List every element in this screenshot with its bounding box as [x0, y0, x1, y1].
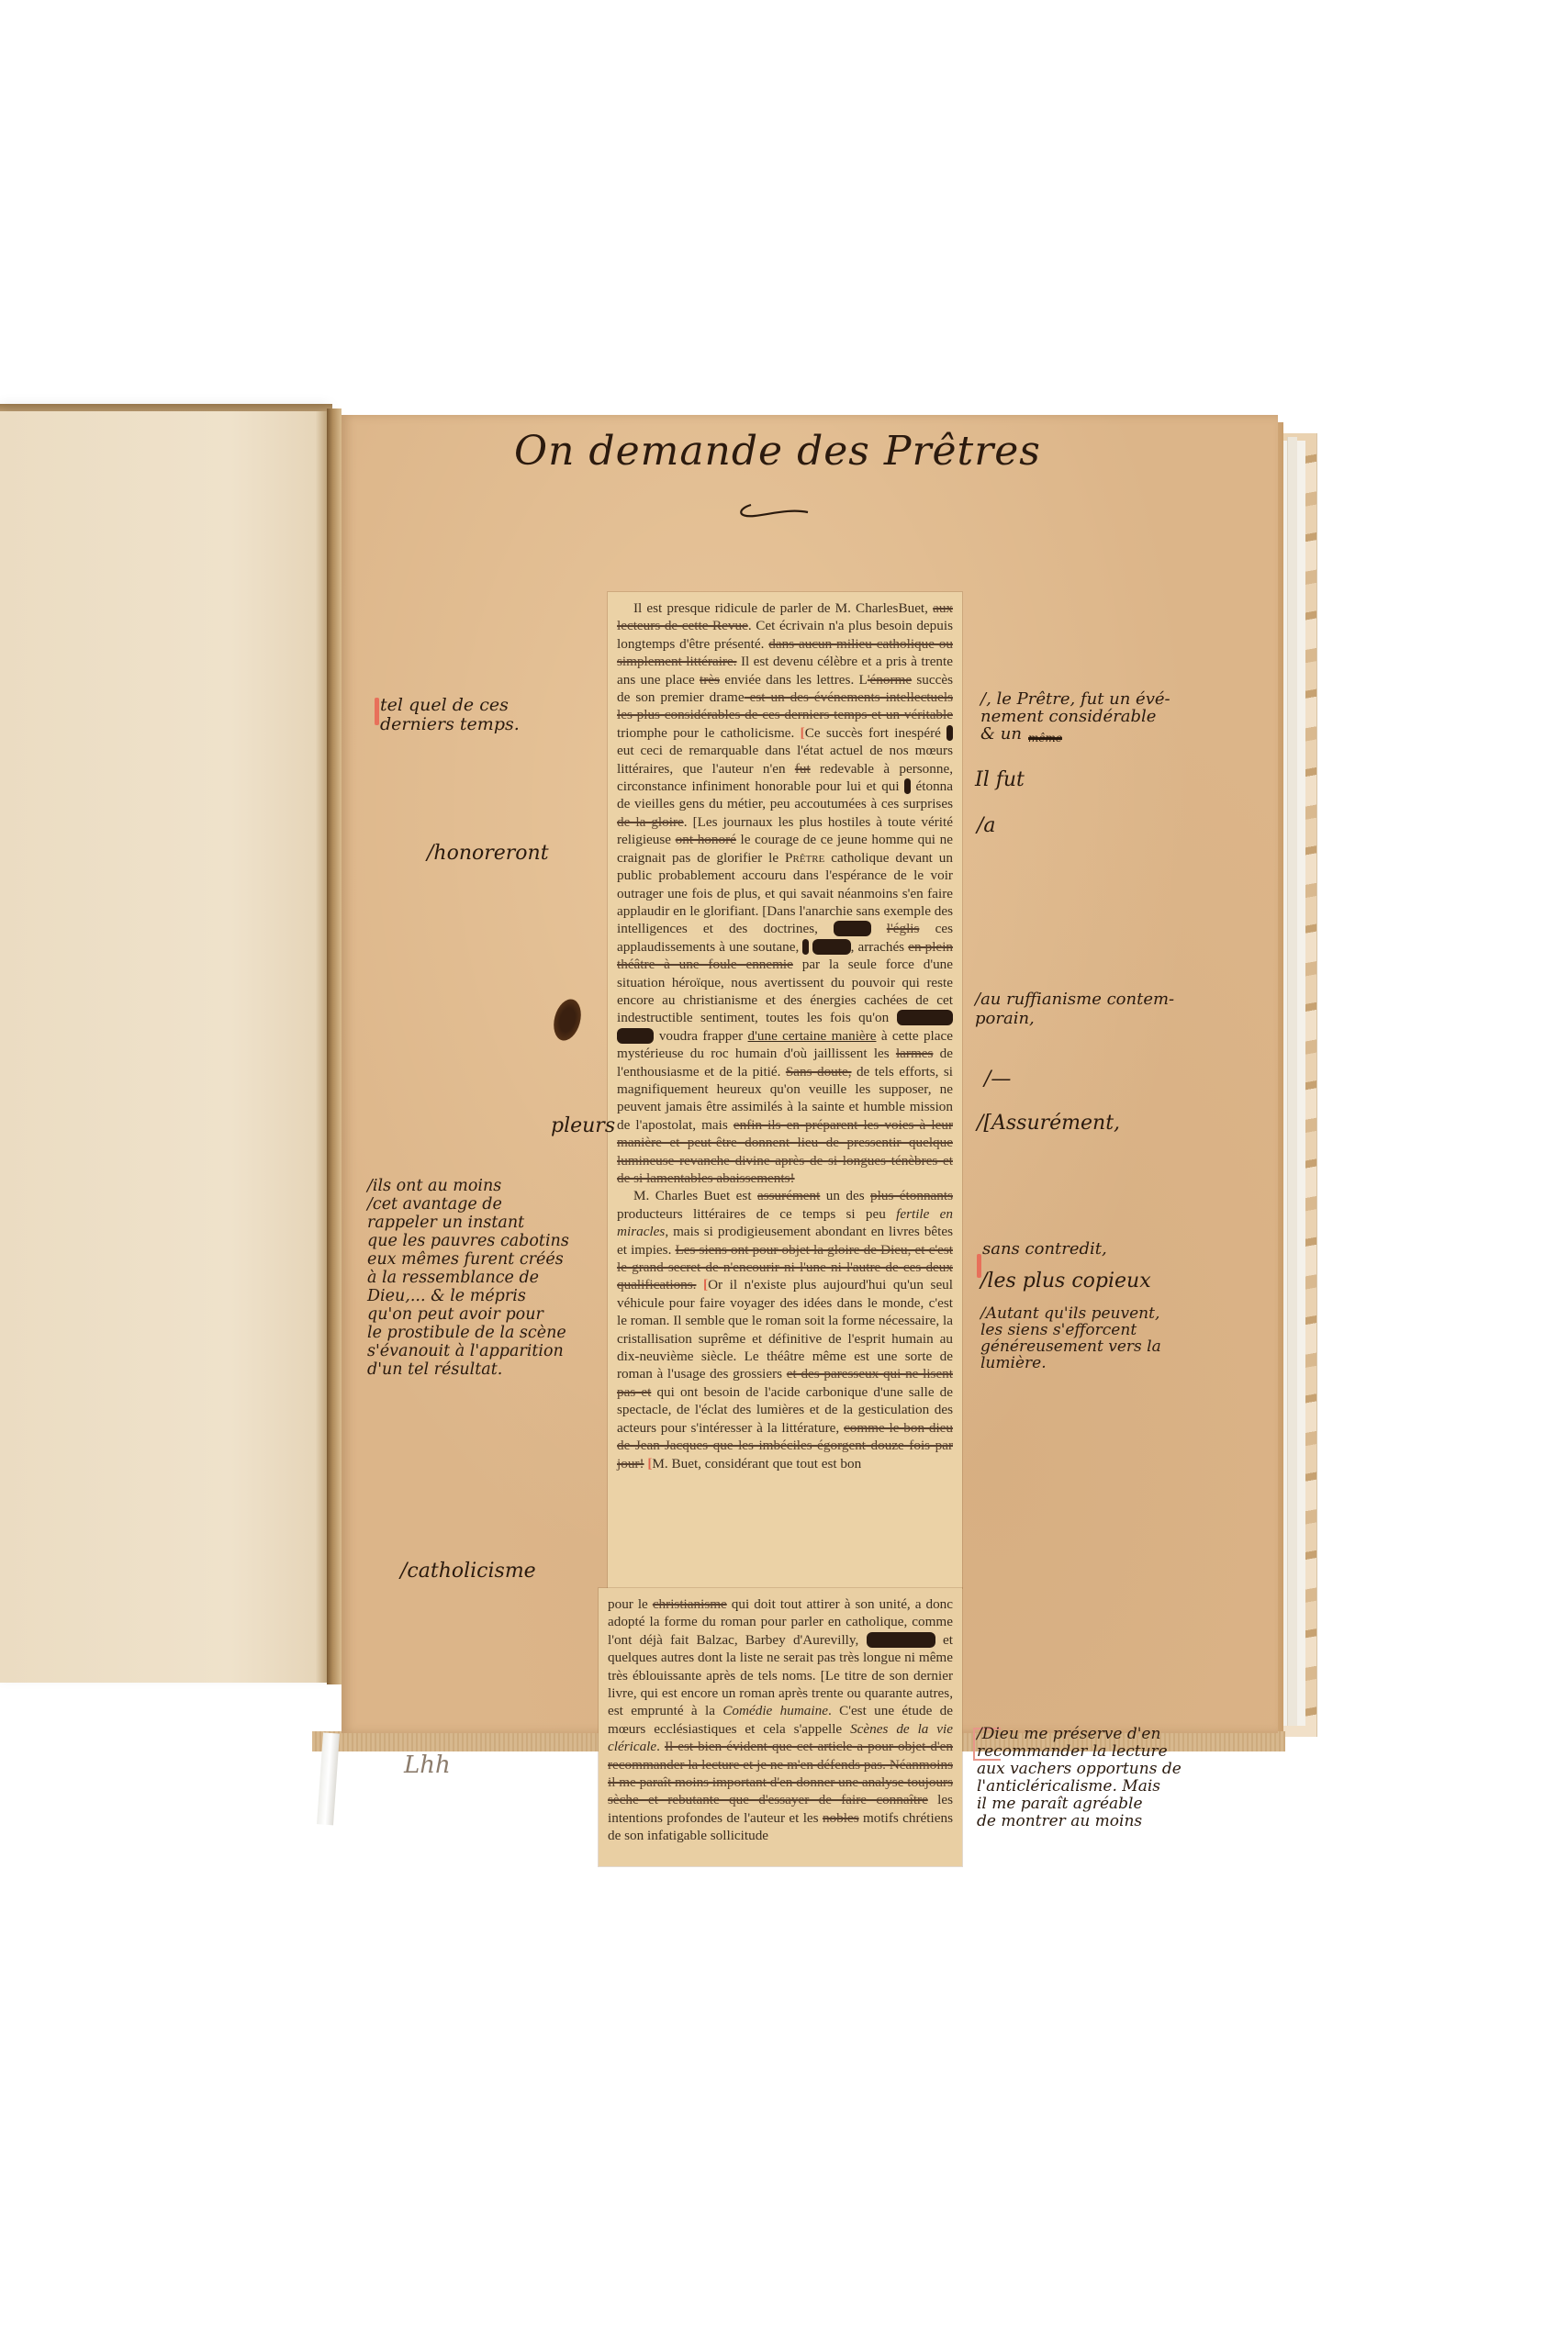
margin-note-a: /a	[977, 815, 996, 837]
newspaper-clipping-upper: Il est presque ridicule de parler de M. …	[608, 592, 962, 1588]
clipping-segment-blot: le voudra	[897, 1010, 953, 1025]
margin-note-ruffianisme: /au ruffianisme contem- porain,	[975, 990, 1174, 1028]
book-gutter	[327, 408, 342, 1684]
margin-note-dash: /—	[984, 1069, 1011, 1091]
margin-note-les-plus-copieux: /les plus copieux	[980, 1270, 1151, 1292]
clipping-segment	[696, 1277, 703, 1292]
clipping-segment: pour le	[608, 1596, 653, 1612]
clipping-segment-strike: de la gloire	[617, 814, 684, 830]
clipping-segment-blot: Hello, Bloy	[867, 1632, 935, 1648]
flyleaf-edge-inner	[1287, 437, 1297, 1726]
clipping-segment-strike: 'énorme	[868, 672, 912, 688]
red-crayon-mark	[375, 698, 379, 725]
clipping-segment-blot: encore	[617, 1028, 654, 1044]
margin-note-assurement: /[Assurément,	[977, 1113, 1120, 1135]
clipping-segment-blot: quinze	[834, 921, 870, 936]
left-blank-page	[0, 411, 329, 1683]
margin-note-le-pretre: /, le Prêtre, fut un évé- nement considé…	[980, 690, 1170, 743]
clipping-segment: Ce succès fort inespéré	[805, 725, 947, 741]
clipping-text-lower: pour le christianisme qui doit tout atti…	[599, 1588, 962, 1845]
clipping-segment-sc: Prêtre	[785, 850, 824, 866]
pencil-scribble: Lhh	[404, 1751, 451, 1779]
margin-note-catholicisme: /catholicisme	[400, 1561, 536, 1583]
clipping-segment-blot: obtenu	[812, 939, 850, 955]
clipping-segment-ital: Comédie humaine	[722, 1703, 828, 1718]
page-title: On demande des Prêtres	[514, 428, 1083, 475]
clipping-segment: triomphe pour le catholicisme.	[617, 725, 801, 741]
clipping-segment: Il est presque ridicule de parler de M. …	[633, 600, 898, 616]
newspaper-clipping-lower: pour le christianisme qui doit tout atti…	[599, 1588, 962, 1866]
clipping-segment: enviée dans les lettres. L	[720, 672, 868, 688]
clipping-segment-strike: nobles	[823, 1810, 859, 1826]
clipping-segment-strike: ont honoré	[676, 832, 736, 847]
clipping-segment-strike: fut	[795, 761, 811, 777]
title-flourish-icon	[734, 503, 810, 521]
clipping-segment: , arrachés	[851, 939, 909, 955]
margin-note-dieu-me-preserve: /Dieu me préserve d'en recommander la le…	[977, 1726, 1182, 1830]
margin-note-sans-contredit: sans contredit,	[982, 1239, 1107, 1259]
margin-note-ils-ont-au-moins: /ils ont au moins /cet avantage de rappe…	[367, 1177, 569, 1379]
struck-word-meme: même	[1028, 729, 1062, 748]
clipping-paragraph: pour le christianisme qui doit tout atti…	[608, 1595, 953, 1845]
clipping-segment: producteurs littéraires de ce temps si p…	[617, 1206, 896, 1222]
margin-note-autant: /Autant qu'ils peuvent, les siens s'effo…	[980, 1305, 1161, 1371]
clipping-segment-strike: christianisme	[653, 1596, 727, 1612]
clipping-segment: M. Charles Buet est	[633, 1188, 757, 1203]
clipping-segment: voudra frapper	[654, 1028, 747, 1044]
margin-note-pleurs: pleurs	[551, 1115, 615, 1137]
clipping-segment-strike: très	[700, 672, 720, 688]
margin-note-il-fut: Il fut	[975, 769, 1025, 791]
margin-note-tel-quel: tel quel de ces derniers temps.	[380, 696, 520, 734]
clipping-segment-strike: plus étonnants	[870, 1188, 953, 1203]
clipping-segment-strike: l'églis	[887, 921, 920, 936]
clipping-segment-underline: d'une certaine manière	[748, 1028, 877, 1044]
clipping-paragraph: Il est presque ridicule de parler de M. …	[617, 599, 953, 1187]
clipping-paragraph: M. Charles Buet est assurément un des pl…	[617, 1187, 953, 1472]
margin-note-honoreront: /honoreront	[427, 843, 549, 865]
clipping-segment-blot: a	[946, 725, 953, 741]
clipping-segment-blot: a	[904, 778, 911, 794]
clipping-segment: M. Buet, considérant que tout est bon	[652, 1456, 861, 1472]
clipping-segment-strike: Sans doute,	[786, 1064, 852, 1080]
clipping-segment: .	[656, 1739, 665, 1754]
clipping-segment: un des	[820, 1188, 870, 1203]
clipping-segment-strike: larmes	[896, 1046, 933, 1061]
clipping-segment	[871, 921, 887, 936]
clipping-segment: Buet,	[898, 600, 933, 616]
clipping-segment-strike: assurément	[757, 1188, 820, 1203]
clipping-text-upper: Il est presque ridicule de parler de M. …	[608, 592, 962, 1472]
